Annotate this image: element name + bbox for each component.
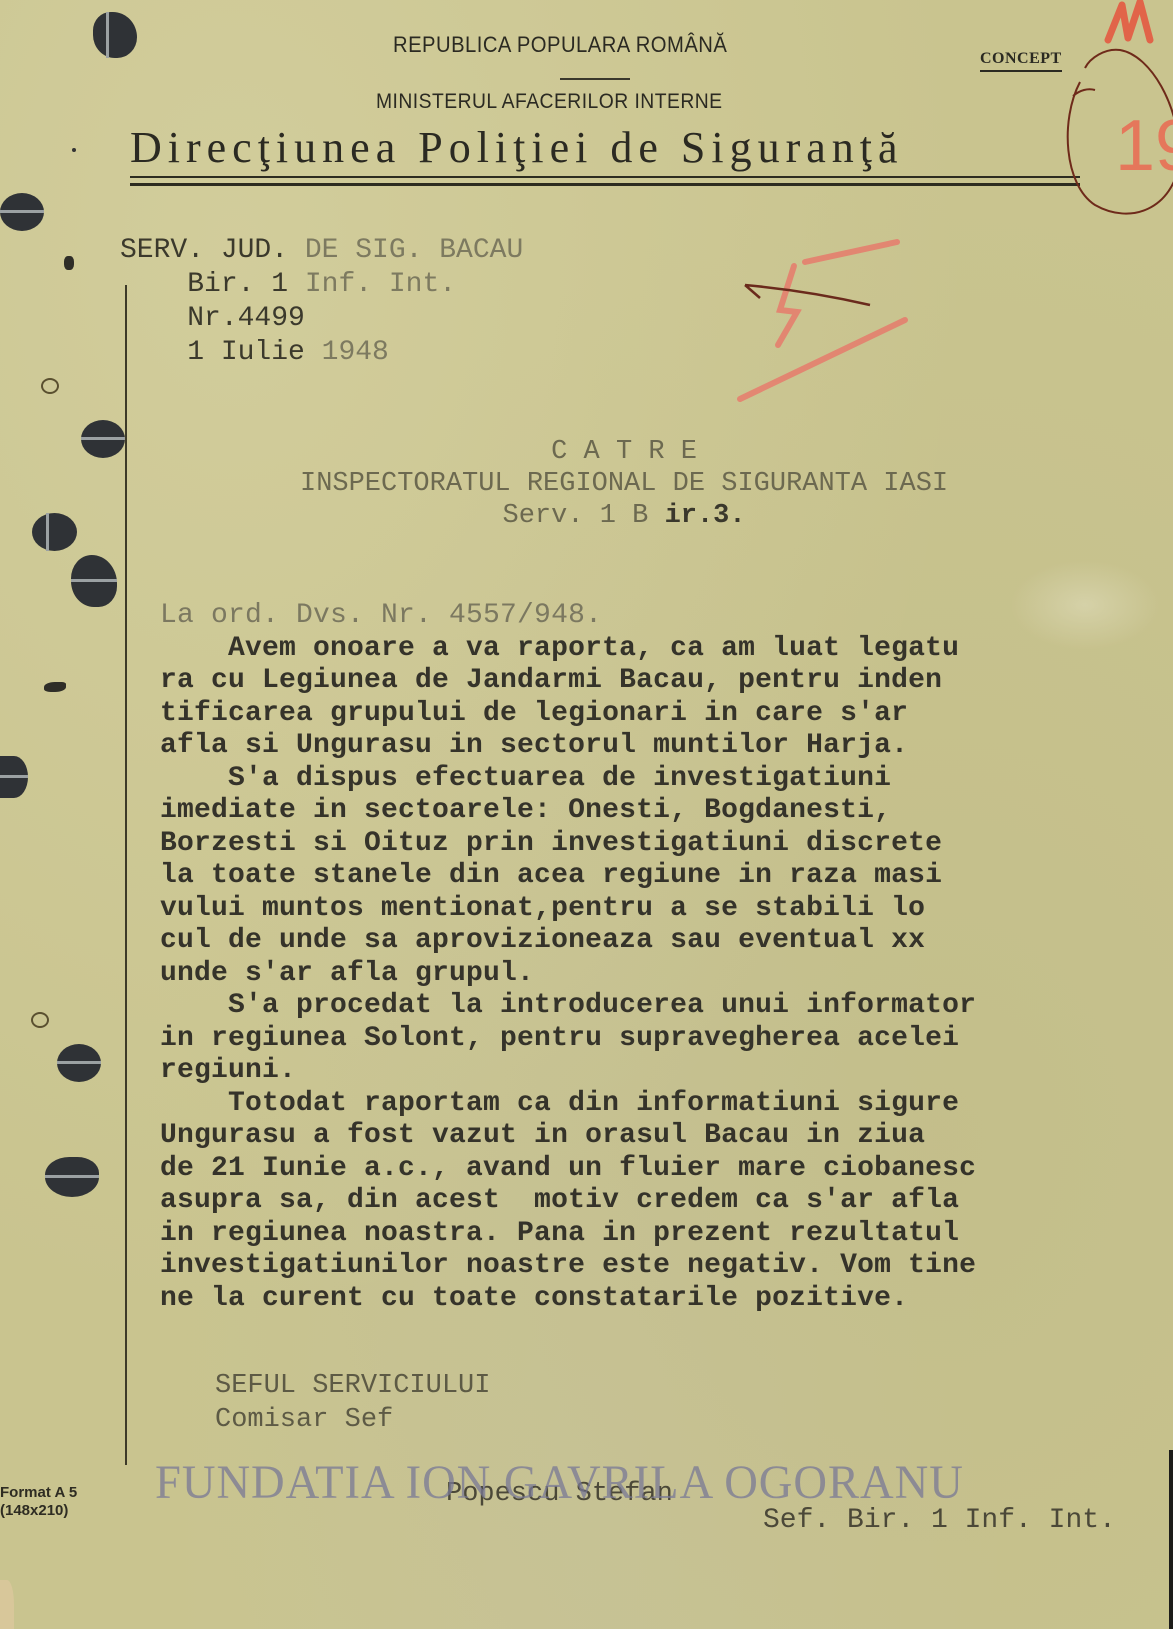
red-letter-m-icon	[1108, 2, 1150, 40]
sender-office-dept: Inf. Int.	[288, 269, 456, 300]
body-line: unde s'ar afla grupul.	[160, 958, 534, 989]
punch-hole-icon	[71, 555, 117, 607]
body-line: S'a procedat la introducerea unui inform…	[160, 990, 976, 1021]
brown-arrow-icon	[745, 285, 870, 305]
watermark: FUNDATIA ION GAVRILA OGORANU	[155, 1455, 964, 1510]
punch-hole-icon	[32, 513, 77, 551]
addressee-block: C A T R E INSPECTORATUL REGIONAL DE SIGU…	[300, 436, 948, 532]
body-line: in regiunea Solont, pentru supravegherea…	[160, 1023, 959, 1054]
addressee-to: C A T R E	[551, 437, 697, 467]
ring-mark-icon	[41, 378, 59, 394]
body-line: ne la curent cu toate constatarile pozit…	[160, 1283, 908, 1314]
addressee-service-nr: ir.3.	[665, 501, 746, 531]
body-line: in regiunea noastra. Pana in prezent rez…	[160, 1218, 959, 1249]
signature-block: SEFUL SERVICIULUI Comisar Sef	[215, 1369, 490, 1437]
punch-hole-icon	[0, 756, 28, 798]
body-line: cul de unde sa aprovizioneaza sau eventu…	[160, 925, 925, 956]
sender-block: SERV. JUD. DE SIG. BACAU Bir. 1 Inf. Int…	[120, 234, 523, 370]
letter-body: La ord. Dvs. Nr. 4557/948. Avem onoare a…	[160, 600, 1173, 1315]
ink-spot-icon	[44, 682, 66, 692]
sender-date-year: 1948	[305, 337, 389, 368]
punch-hole-icon	[81, 420, 125, 458]
body-line: vului muntos mentionat,pentru a se stabi…	[160, 893, 925, 924]
body-line: Borzesti si Oituz prin investigatiuni di…	[160, 828, 942, 859]
letterhead-rule-thick	[130, 183, 1080, 186]
sender-date: 1 Iulie	[187, 337, 305, 368]
letterhead-rule-thin	[130, 176, 1080, 178]
red-mark-five-icon	[740, 242, 905, 399]
body-line: afla si Ungurasu in sectorul muntilor Ha…	[160, 730, 908, 761]
punch-hole-icon	[0, 193, 44, 231]
punch-hole-icon	[93, 12, 137, 58]
body-line: la toate stanele din acea regiune in raz…	[160, 860, 942, 891]
body-line: asupra sa, din acest motiv credem ca s'a…	[160, 1185, 959, 1216]
page-tear	[0, 1580, 14, 1629]
body-line: S'a dispus efectuarea de investigatiuni	[160, 763, 891, 794]
sender-service: SERV. JUD.	[120, 235, 288, 266]
letterhead-divider	[560, 78, 630, 80]
body-line: de 21 Iunie a.c., avand un fluier mare c…	[160, 1153, 976, 1184]
page-edge	[1169, 1450, 1173, 1629]
letterhead-ministry: MINISTERUL AFACERILOR INTERNE	[376, 90, 722, 114]
body-line: Ungurasu a fost vazut in orasul Bacau in…	[160, 1120, 925, 1151]
addressee-institution: INSPECTORATUL REGIONAL DE SIGURANTA IASI	[300, 469, 948, 499]
concept-label: CONCEPT	[980, 50, 1062, 72]
body-line: regiuni.	[160, 1055, 296, 1086]
body-line: ra cu Legiunea de Jandarmi Bacau, pentru…	[160, 665, 942, 696]
body-line: Avem onoare a va raporta, ca am luat leg…	[160, 633, 959, 664]
punch-hole-icon	[57, 1044, 101, 1082]
ring-mark-icon	[31, 1012, 49, 1028]
paper-format-label: Format A 5 (148x210)	[0, 1484, 77, 1520]
letterhead-dot	[72, 148, 76, 152]
margin-line	[125, 285, 127, 1465]
letterhead-direction: Direcţiunea Poliţiei de Siguranţă	[130, 122, 904, 173]
circled-number-icon: 19	[1068, 50, 1173, 214]
svg-text:19: 19	[1115, 106, 1173, 186]
signature-role: SEFUL SERVICIULUI	[215, 1371, 490, 1401]
ink-spot-icon	[64, 256, 74, 270]
punch-hole-icon	[45, 1157, 99, 1197]
body-line: Totodat raportam ca din informatiuni sig…	[160, 1088, 959, 1119]
reference-line: La ord. Dvs. Nr. 4557/948.	[160, 600, 602, 631]
body-line: tificarea grupului de legionari in care …	[160, 698, 908, 729]
signature-rank: Comisar Sef	[215, 1405, 393, 1435]
body-line: investigatiunilor noastre este negativ. …	[160, 1250, 976, 1281]
letterhead-republic: REPUBLICA POPULARA ROMÂNĂ	[393, 32, 727, 58]
addressee-service: Serv. 1 B	[503, 501, 665, 531]
sender-number: Nr.4499	[187, 303, 305, 334]
sender-service-location: DE SIG. BACAU	[288, 235, 523, 266]
body-line: imediate in sectoarele: Onesti, Bogdanes…	[160, 795, 891, 826]
sender-office: Bir. 1	[187, 269, 288, 300]
